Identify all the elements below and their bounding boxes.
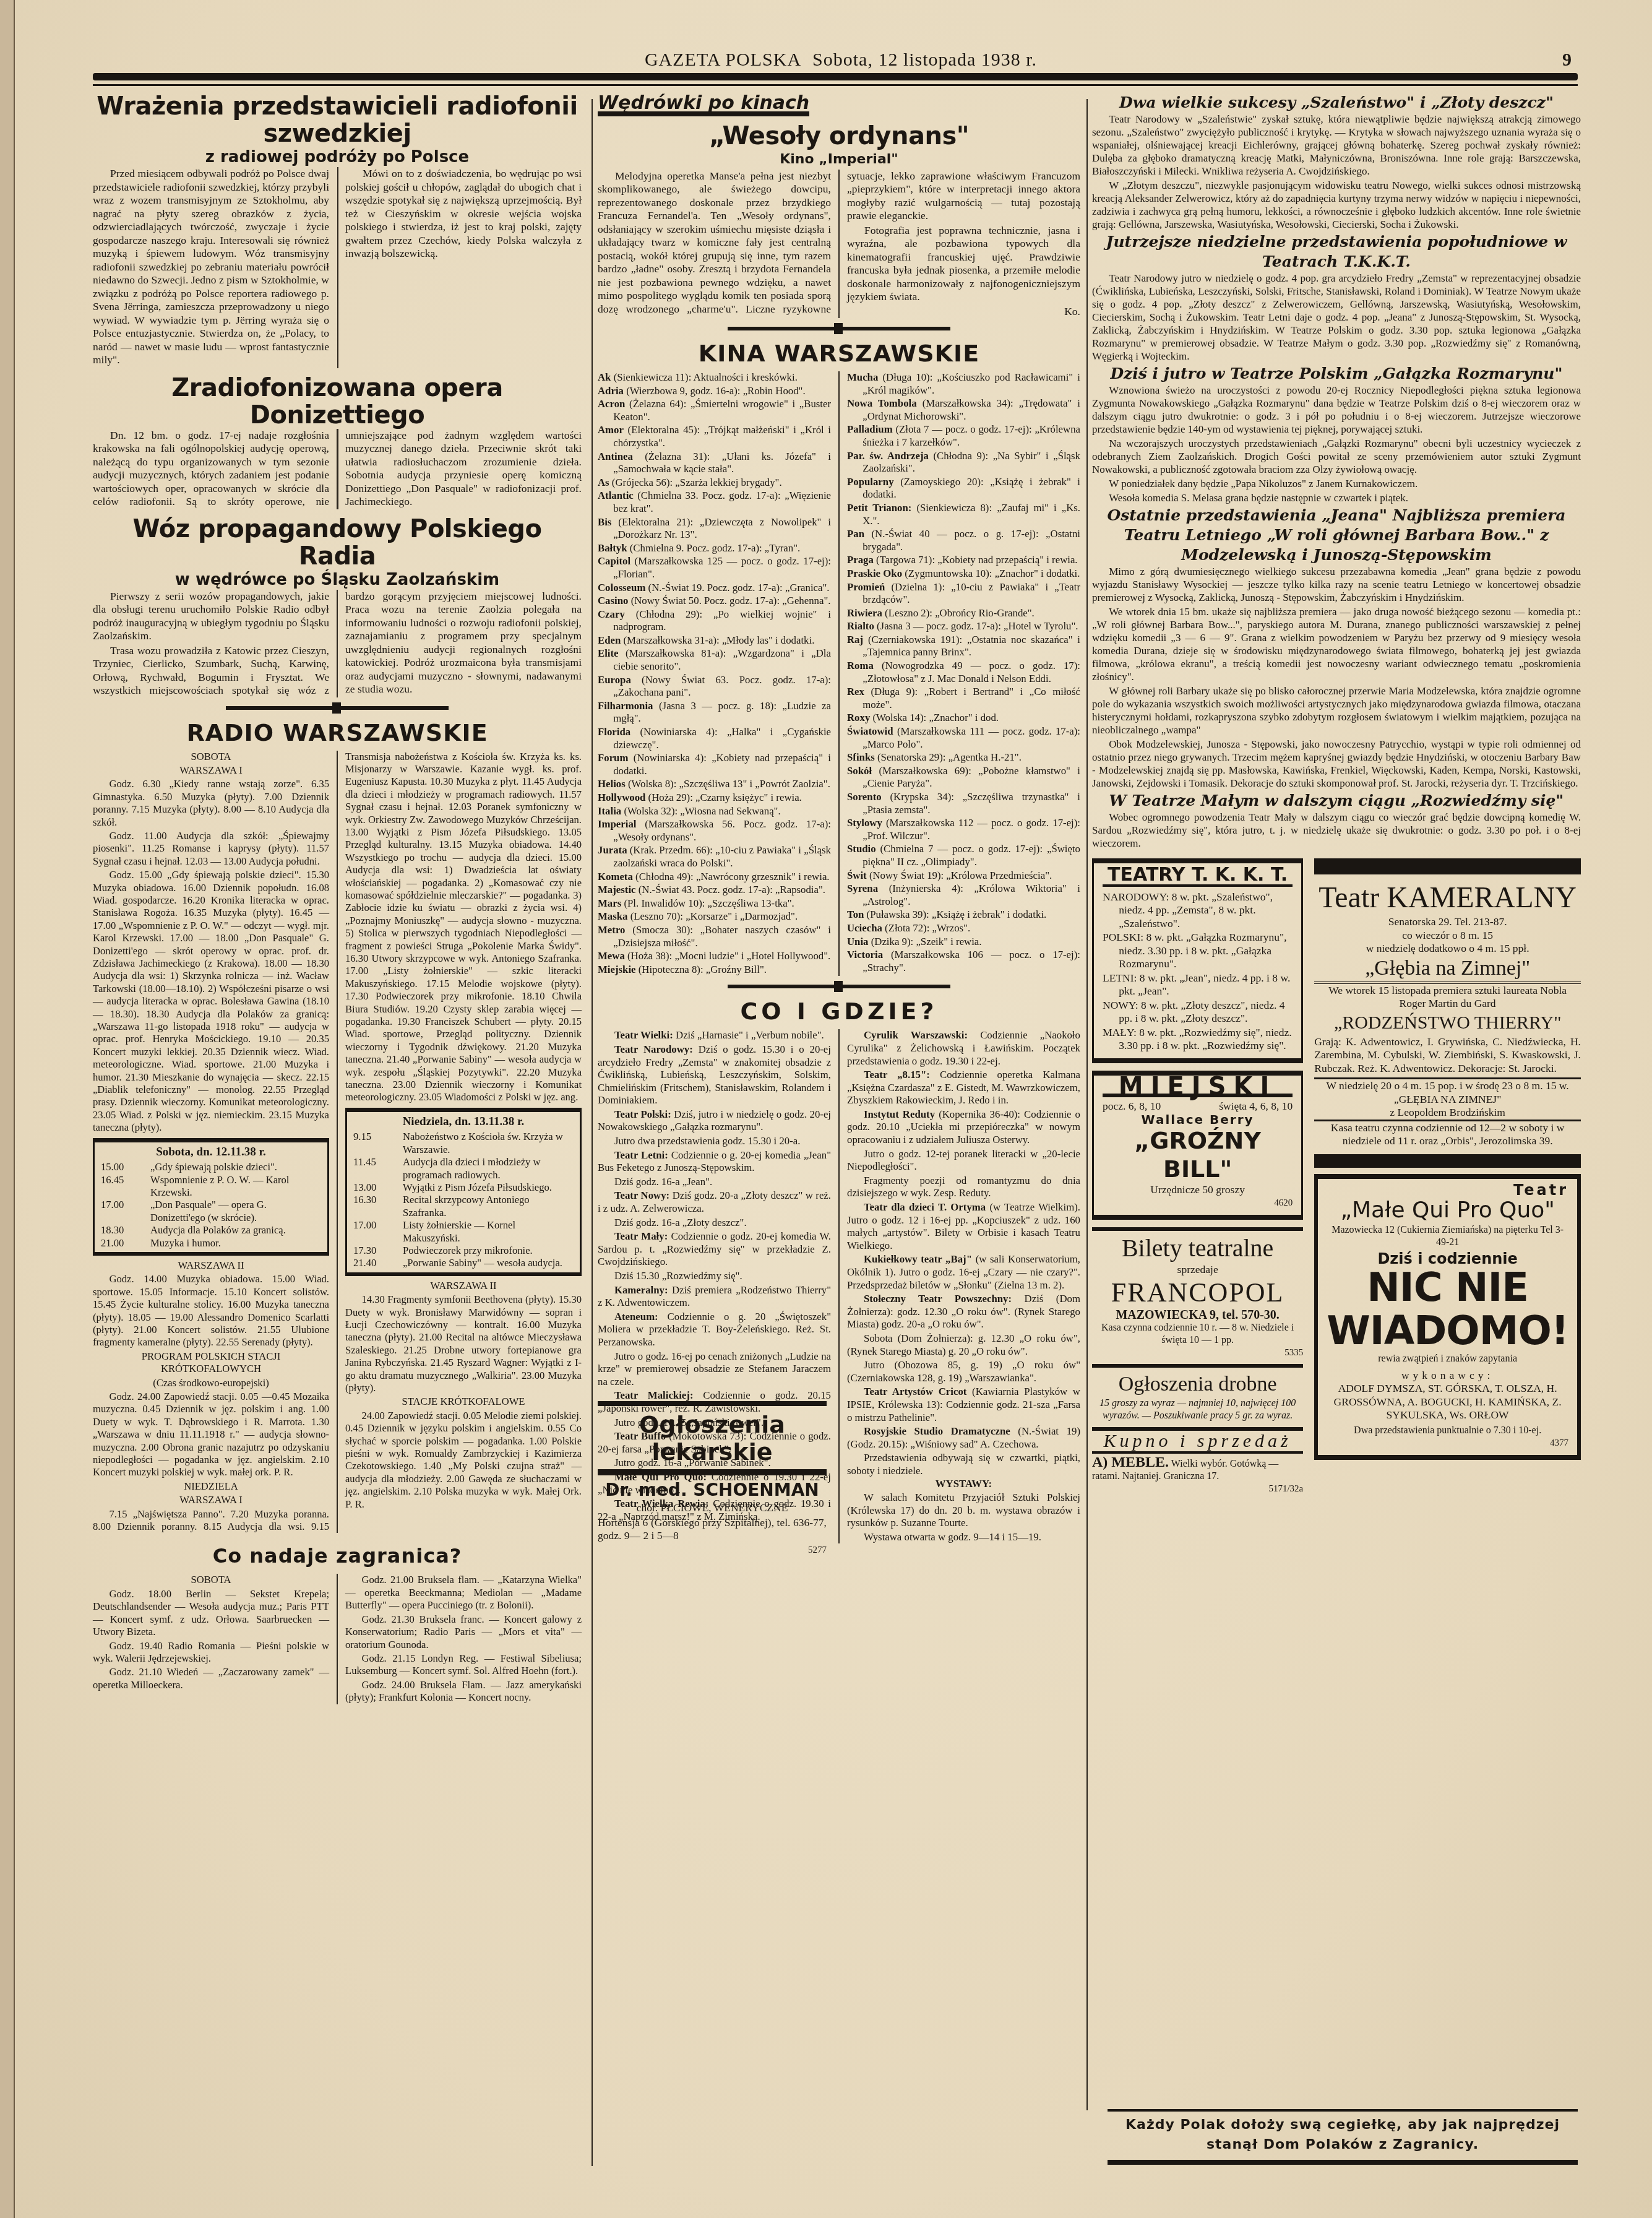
program-text: 24.00 Zapowiedź stacji. 0.05 Melodie zie… (345, 1410, 582, 1511)
issue-date: Sobota, 12 listopada 1938 r. (812, 50, 1037, 70)
program-time: 16.30 (353, 1194, 397, 1219)
paragraph: W poniedziałek dany będzie „Papa Nikoluz… (1092, 477, 1581, 490)
venue-name: Cyrulik Warszawski: (864, 1029, 968, 1041)
event-entry: Kameralny: Dziś premiera „Rodzeństwo Thi… (598, 1284, 831, 1310)
cinema-entry: Hollywood (Hoża 29): „Czarny księżyc" i … (598, 792, 831, 805)
masthead-title: GAZETA POLSKASobota, 12 listopada 1938 r… (93, 50, 1578, 71)
cinema-entry: Elite (Marszałkowska 81-a): „Wzgardzona"… (598, 647, 831, 673)
cinema-name: Bałtyk (598, 542, 627, 554)
article-title: Zradiofonizowana opera Donizettiego (93, 374, 582, 429)
event-entry: Dziś 15.30 „Rozwiedźmy się". (598, 1270, 831, 1283)
play-title: „RODZEŃSTWO THIERRY" (1314, 1011, 1581, 1035)
day-heading: NIEDZIELA (93, 1480, 329, 1493)
ornament-divider (728, 985, 950, 988)
show-tagline: rewia zwątpień i znaków zapytania (1327, 1353, 1568, 1365)
cinema-details: (Marszałkowska 125 — pocz. o godz. 17-ej… (613, 555, 831, 580)
cinema-name: Sfinks (847, 751, 875, 763)
cinema-details: (Marszałkowska 31-a): „Młody las" i doda… (624, 634, 815, 646)
program-text: Godz. 11.00 Audycja dla szkół: „Śpiewajm… (93, 830, 329, 868)
event-details: Fragmenty poezji od romantyzmu do dnia d… (847, 1175, 1080, 1199)
classified-lead: A) MEBLE. (1092, 1454, 1169, 1470)
cinema-name: Majestic (598, 884, 636, 895)
program-title: Listy żołnierskie — Kornel Makuszyński. (403, 1219, 574, 1245)
cinema-entry: Raj (Czerniakowska 191): „Ostatnia noc s… (847, 634, 1080, 659)
paragraph: Dn. 12 bm. o godz. 17-ej nadaje rozgłośn… (93, 429, 582, 509)
cinema-name: Uciecha (847, 922, 882, 934)
venue-name: Kameralny: (614, 1284, 668, 1296)
masthead-rule (93, 73, 1578, 80)
show-title: NIC NIE WIADOMO! (1327, 1266, 1568, 1353)
cinema-entry: Maska (Leszno 70): „Korsarze" i „Darmozj… (598, 910, 831, 923)
venue-name: Instytut Reduty (864, 1108, 935, 1120)
venue-name: Teatr Artystów Cricot (864, 1386, 967, 1397)
small-ads: Ogłoszenia drobne 15 groszy za wyraz — n… (1092, 1364, 1303, 1422)
radio-program: SOBOTA WARSZAWA I Godz. 6.30 „Kiedy rann… (93, 751, 582, 1534)
program-text: Godz. 6.30 „Kiedy ranne wstają zorze". 6… (93, 778, 329, 829)
cinema-name: Studio (847, 843, 876, 855)
event-details: Dziś godz. 16-a „Jean". (614, 1176, 712, 1188)
binding-edge (0, 0, 15, 2218)
news-heading: Dziś i jutro w Teatrze Polskim „Gałązka … (1092, 364, 1581, 384)
program-time: 17.30 (353, 1245, 397, 1257)
cinema-name: Colosseum (598, 582, 645, 593)
cinema-entry: Kometa (Chłodna 49): „Nawrócony grzeszni… (598, 871, 831, 884)
event-entry: Rosyjskie Studio Dramatyczne (N.-Świat 1… (847, 1425, 1080, 1451)
cinema-name: As (598, 477, 609, 488)
program-row: 15.00„Gdy śpiewają polskie dzieci". (101, 1161, 321, 1173)
station-heading: WARSZAWA I (93, 1494, 329, 1506)
cinema-details: (N.-Świat 40 — pocz. o g. 17-ej): „Ostat… (863, 528, 1080, 553)
article-body: Przed miesiącem odbywali podróż po Polsc… (93, 167, 582, 368)
cinema-details: (Złota 72): „Wrzos". (885, 922, 970, 934)
program-text: Godz. 21.00 Bruksela flam. — „Katarzyna … (345, 1574, 582, 1612)
cinema-entry: Antinea (Żelazna 31): „Ułani ks. Józefa"… (598, 451, 831, 476)
cinema-details: (Puławska 39): „Książę i żebrak" i dodat… (867, 908, 1047, 920)
footer-slogan: Każdy Polak dołoży swą cegiełkę, aby jak… (1108, 2109, 1578, 2165)
cinema-details: (Wolska 8): „Szczęśliwa 13" i „Powrót Za… (628, 778, 830, 790)
cinema-name: Italia (598, 805, 621, 817)
cinema-name: Palladium (847, 423, 893, 435)
program-time: 16.45 (101, 1174, 144, 1199)
cinema-name: Bis (598, 516, 611, 528)
program-title: Audycja dla dzieci i młodzieży w program… (403, 1156, 574, 1181)
event-details: Przedstawienia odbywają się w czwartki, … (847, 1452, 1080, 1477)
cinema-details: (Złota 7 — pocz. o godz. 17-ej): „Królew… (863, 423, 1080, 448)
program-row: 11.45Audycja dla dzieci i młodzieży w pr… (353, 1156, 574, 1181)
theatre-address: Mazowiecka 12 (Cukiernia Ziemiańska) na … (1327, 1224, 1568, 1249)
paragraph: Przed miesiącem odbywali podróż po Polsc… (93, 167, 329, 367)
cinema-name: Europa (598, 674, 631, 686)
tkkt-line: NARODOWY: 8 w. pkt. „Szaleństwo", niedz.… (1103, 891, 1293, 931)
cinema-name: Maska (598, 910, 627, 922)
show-frequency: Dziś i codziennie (1327, 1253, 1568, 1266)
paragraph: We wtorek dnia 15 bm. ukaże się najbliżs… (1092, 605, 1581, 683)
cinema-details: (Dzielna 1): „10-ciu z Pawiaka" i „Teatr… (863, 581, 1080, 606)
cinema-entry: Petit Trianon: (Sienkiewicza 8): „Zaufaj… (847, 502, 1080, 527)
cinema-entry: Acron (Żelazna 64): „Śmiertelni wrogowie… (598, 398, 831, 423)
cinema-entry: Mucha (Długa 10): „Kościuszko pod Racław… (847, 371, 1080, 397)
program-time: 11.45 (353, 1156, 397, 1181)
cinema-entry: Helios (Wolska 8): „Szczęśliwa 13" i „Po… (598, 778, 831, 791)
program-text: Godz. 24.00 Zapowiedź stacji. 0.05 —0.45… (93, 1391, 329, 1479)
ads-left: TEATRY T. K. K. T. NARODOWY: 8 w. pkt. „… (1092, 858, 1303, 1495)
event-details: Jutro (Obozowa 85, g. 19) „O roku ów" (C… (847, 1359, 1080, 1384)
cinema-name: Mewa (598, 950, 625, 962)
paragraph: W „Złotym deszczu", niezwykle pasjonując… (1092, 179, 1581, 231)
cinema-details: (Nowy Świat 19): „Królowa Przedmieścia". (869, 870, 1052, 881)
program-time: 9.15 (353, 1131, 397, 1156)
ticket-price: Urzędnicze 50 groszy (1103, 1183, 1293, 1197)
cinema-details: (N.-Świat 43. Pocz. godz. 17-a): „Rapsod… (639, 884, 825, 895)
tkkt-line: NOWY: 8 w. pkt. „Złoty deszcz", niedz. 4… (1103, 999, 1293, 1025)
venue-name: Teatr „8.15": (864, 1069, 930, 1081)
ad-ref-number: 5277 (598, 1544, 827, 1558)
event-entry: Teatr „8.15": Codziennie operetka Kalman… (847, 1069, 1080, 1107)
cinema-entry: Mewa (Hoża 38): „Mocni ludzie" i „Hotel … (598, 950, 831, 963)
cinema-name: Światowid (847, 725, 893, 737)
paragraph: Mimo z górą dwumiesięcznego wielkiego su… (1092, 565, 1581, 604)
buy-sell-heading: Kupno i sprzedaż (1092, 1427, 1303, 1454)
cinema-name: Promień (847, 581, 885, 593)
paragraph: Na wczorajszych uroczystych przedstawien… (1092, 437, 1581, 476)
program-text: Godz. 21.10 Wiedeń — „Zaczarowany zamek"… (93, 1666, 329, 1691)
cinema-entry: Mars (Pl. Inwalidów 10): „Szczęśliwa 13-… (598, 897, 831, 910)
event-entry: Teatr Nowy: Dziś godz. 20-a „Złoty deszc… (598, 1189, 831, 1215)
event-entry: Teatr Letni: Codziennie o g. 20-ej komed… (598, 1149, 831, 1175)
program-row: 16.30Recital skrzypcowy Antoniego Szafra… (353, 1194, 574, 1219)
program-text: Godz. 21.30 Bruksela franc. — Koncert ga… (345, 1613, 582, 1651)
paragraph: Pierwszy z serii wozów propagandowych, j… (93, 590, 329, 643)
cinema-details: (Krak. Przedm. 66): „10-ciu z Pawiaka" i… (613, 844, 831, 869)
ad-kicker: Teatr (1327, 1184, 1568, 1197)
event-entry: Fragmenty poezji od romantyzmu do dnia d… (847, 1175, 1080, 1200)
screening-times: pocz. 6, 8, 10 (1103, 1100, 1161, 1113)
cinema-entry: Florida (Nowiniarska 4): „Halka" i „Cyga… (598, 726, 831, 751)
cinema-entry: Sokół (Marszałkowska 69): „Pobożne kłams… (847, 765, 1080, 790)
cinema-details: (Chmielna 9. Pocz. godz. 17-a): „Tyran". (630, 542, 801, 554)
news-heading: Jutrzejsze niedzielne przedstawienia pop… (1092, 232, 1581, 272)
day-heading: SOBOTA (93, 1574, 329, 1586)
paragraph: Fotografia jest poprawna technicznie, ja… (847, 224, 1080, 304)
classified-heading: Kupno i sprzedaż (1092, 1435, 1303, 1448)
doctor-name: Dr. med. SCHOENMAN (598, 1479, 827, 1501)
cinema-details: (N.-Świat 19. Pocz. godz. 17-a): „Granic… (648, 582, 830, 593)
column-radio: Wrażenia przedstawicieli radiofonii szwe… (93, 93, 582, 1704)
cinema-details: (Nowiniarska 4): „Halka" i „Cygańskie dz… (613, 726, 831, 751)
section-title: Co nadaje zagranica? (93, 1542, 582, 1570)
cinema-entry: Bis (Elektoralna 21): „Dziewczęta z Nowo… (598, 516, 831, 542)
cinema-entry: Bałtyk (Chmielna 9. Pocz. godz. 17-a): „… (598, 542, 831, 555)
cinema-entry: Czary (Chłodna 29): „Po wielkiej wojnie"… (598, 608, 831, 634)
cinema-name: MIEJSKI (1103, 1081, 1293, 1098)
saturday-highlights-box: Sobota, dn. 12.11.38 r. 15.00„Gdy śpiewa… (93, 1138, 329, 1256)
venue-name: Teatr Wielki: (614, 1029, 673, 1041)
cinema-name: Hollywood (598, 792, 645, 803)
venue-name: Rosyjskie Studio Dramatyczne (864, 1425, 1010, 1437)
program-row: 9.15Nabożeństwo z Kościoła św. Krzyża w … (353, 1131, 574, 1156)
article-body: Dn. 12 bm. o godz. 17-ej nadaje rozgłośn… (93, 429, 582, 509)
extra-dates: W niedzielę 20 o 4 m. 15 pop. i w środę … (1314, 1079, 1581, 1093)
cinema-entry: Ton (Puławska 39): „Książę i żebrak" i d… (847, 908, 1080, 921)
ad-title: Ogłoszenia drobne (1092, 1371, 1303, 1397)
cinema-entry: Rex (Długa 9): „Robert i Bertrand" i „Co… (847, 686, 1080, 711)
event-entry: Teatr Narodowy: Dziś o godz. 15.30 i o 2… (598, 1043, 831, 1107)
opening-hours: Kasa czynna codziennie 10 r. — 8 w. Nied… (1092, 1322, 1303, 1347)
cinema-name: Popularny (847, 476, 894, 488)
play-title: „Głębia na Zimnej" (1314, 956, 1581, 984)
timezone-note: (Czas środkowo-europejski) (93, 1377, 329, 1389)
cinema-name: Imperial (598, 818, 636, 830)
cinema-details: (Chmielna 7 — pocz. o godz. 17-ej): „Świ… (863, 843, 1080, 868)
event-details: Dziś godz. 16-a „Złoty deszcz". (614, 1217, 747, 1228)
cinema-name: Stylowy (847, 817, 882, 829)
program-title: „Porwanie Sabiny" — wesoła audycja. (403, 1257, 574, 1269)
cinema-details: (Nowiniarska 4): „Kobiety nad przepaścią… (613, 752, 831, 777)
article-subtitle: z radiowej podróży po Polsce (93, 147, 582, 167)
article-title: Wrażenia przedstawicieli radiofonii szwe… (93, 93, 582, 147)
box-heading: Niedziela, dn. 13.11.38 r. (353, 1116, 574, 1128)
cinema-entry: Promień (Dzielna 1): „10-ciu z Pawiaka" … (847, 581, 1080, 606)
cinema-details: (Czerniakowska 191): „Ostatnia noc skaza… (863, 634, 1080, 658)
program-text: 14.30 Fragmenty symfonii Beethovena (pły… (345, 1293, 582, 1394)
cinema-name: Jurata (598, 844, 627, 856)
program-row: 17.30Podwieczorek przy mikrofonie. (353, 1245, 574, 1257)
event-entry: Teatr dla dzieci T. Ortyma (w Teatrze Wi… (847, 1201, 1080, 1252)
cinema-entry: Roxy (Wolska 14): „Znachor" i dod. (847, 712, 1080, 725)
cinema-name: Rialto (847, 620, 874, 632)
venue-name: Teatr Mały: (614, 1230, 668, 1242)
cinema-details: (Hoża 29): „Czarny księżyc" i rewia. (648, 792, 802, 803)
ad-ref-number: 5335 (1092, 1347, 1303, 1360)
venue-name: Teatr Narodowy: (614, 1043, 693, 1055)
venue-name: Teatr Letni: (614, 1149, 668, 1161)
cinema-entry: Sorento (Krypska 34): „Szczęśliwa trzyna… (847, 791, 1080, 816)
event-entry: Przedstawienia odbywają się w czwartki, … (847, 1452, 1080, 1477)
exhibition-text: W salach Komitetu Przyjaciół Sztuki Pols… (847, 1491, 1080, 1530)
cinema-details: (Długa 10): „Kościuszko pod Racławicami"… (863, 371, 1080, 396)
cinema-entry: Uciecha (Złota 72): „Wrzos". (847, 922, 1080, 935)
cinema-entry: As (Grójecka 56): „Szarża lekkiej brygad… (598, 477, 831, 490)
paragraph: Mówi on to z doświadczenia, bo wędrując … (345, 167, 582, 367)
cinema-name: Par. św. Andrzeja (847, 450, 929, 462)
cinema-details: (Senatorska 29): „Agentka H.-21". (877, 751, 1022, 763)
film-actor: Wallace Berry (1103, 1113, 1293, 1127)
event-entry: Jutro (Obozowa 85, g. 19) „O roku ów" (C… (847, 1359, 1080, 1384)
cinema-name: Capitol (598, 555, 630, 567)
day-heading: SOBOTA (93, 751, 329, 763)
cinema-details: (Elektoralna 45): „Trójkąt małżeński" i … (613, 424, 831, 449)
cinema-name: Antinea (598, 451, 633, 462)
cinema-name: Forum (598, 752, 628, 764)
cinema-details: (Leszno 70): „Korsarze" i „Darmozjad". (630, 910, 798, 922)
event-entry: Jutro o godz. 12-tej poranek literacki w… (847, 1148, 1080, 1173)
cinema-entry: Riwiera (Leszno 2): „Obrońcy Rio-Grande"… (847, 607, 1080, 620)
paragraph: Wznowiona świeżo na uroczystości z powod… (1092, 384, 1581, 436)
program-text: Godz. 18.00 Berlin — Sekstet Krepela; De… (93, 1588, 329, 1639)
program-time: 21.40 (353, 1257, 397, 1269)
tkkt-ad: TEATRY T. K. K. T. NARODOWY: 8 w. pkt. „… (1092, 858, 1303, 1063)
program-title: Podwieczorek przy mikrofonie. (403, 1245, 574, 1257)
cinema-details: (Zamoyskiego 20): „Książę i żebrak" i do… (863, 476, 1080, 501)
cinema-name: Nowa Tombola (847, 397, 917, 409)
section-title: RADIO WARSZAWSKIE (93, 718, 582, 747)
paragraph: Teatr Narodowy w „Szaleństwie" zyskał sz… (1092, 113, 1581, 178)
ad-title: Bilety teatralne (1092, 1233, 1303, 1263)
event-entry: Ateneum: Codziennie o g. 20 „Świętoszek"… (598, 1311, 831, 1349)
event-entry: Dziś godz. 16-a „Jean". (598, 1176, 831, 1189)
ad-title: TEATRY T. K. K. T. (1103, 868, 1293, 887)
theatre-name: Teatr KAMERALNY (1314, 881, 1581, 915)
news-heading: Ostatnie przedstawienia „Jeana" Najbliżs… (1092, 506, 1581, 565)
cinema-entry: Majestic (N.-Świat 43. Pocz. godz. 17-a)… (598, 884, 831, 897)
event-entry: Stołeczny Teatr Powszechny: Dziś (Dom Żo… (847, 1293, 1080, 1331)
cinema-name: Kometa (598, 871, 633, 882)
cinema-name: Mars (598, 897, 621, 909)
cinema-details: (Pl. Inwalidów 10): „Szczęśliwa 13-tka". (624, 897, 794, 909)
foreign-radio: SOBOTA Godz. 18.00 Berlin — Sekstet Krep… (93, 1574, 582, 1704)
show-times: Dwa przedstawienia punktualnie o 7.30 i … (1327, 1425, 1568, 1437)
event-entry: Sobota (Dom Żołnierza): g. 12.30 „O roku… (847, 1332, 1080, 1358)
ads-right: Teatr KAMERALNY Senatorska 29. Tel. 213-… (1314, 858, 1581, 1495)
cinema-details: (Smocza 30): „Bohater naszych czasów" i … (613, 924, 831, 949)
program-time: 17.00 (101, 1199, 144, 1224)
paragraph: W głównej roli Barbary ukaże się po blis… (1092, 684, 1581, 736)
kameralny-ad: Teatr KAMERALNY Senatorska 29. Tel. 213-… (1314, 858, 1581, 1148)
ad-verb: sprzedaje (1092, 1263, 1303, 1277)
page-number: 9 (1562, 50, 1572, 71)
event-entry: Dziś godz. 16-a „Złoty deszcz". (598, 1217, 831, 1230)
cinema-details: (Leszno 2): „Obrońcy Rio-Grande". (885, 607, 1035, 619)
cinema-entry: Imperial (Marszałkowska 56. Pocz. godz. … (598, 818, 831, 844)
performers-list: ADOLF DYMSZA, ST. GÓRSKA, T. OLSZA, H. G… (1327, 1382, 1568, 1422)
classified-item: A) MEBLE. Wielki wybór. Gotówką — ratami… (1092, 1456, 1303, 1495)
ornament-divider (728, 327, 950, 330)
cinema-details: (Inżynierska 4): „Królowa Wiktoria" i „A… (863, 882, 1080, 907)
cinema-name: Amor (598, 424, 624, 436)
cinema-details: (Marszałkowska 81-a): „Wzgardzona" i „Dl… (613, 647, 831, 672)
event-entry: Instytut Reduty (Kopernika 36-40): Codzi… (847, 1108, 1080, 1147)
program-title: Recital skrzypcowy Antoniego Szafranka. (403, 1194, 574, 1219)
cinema-details: (Wolska 14): „Znachor" i dod. (873, 712, 999, 723)
ad-ref-number: 4377 (1327, 1437, 1568, 1451)
sunday-time: w niedzielę dodatkowo o 4 m. 15 ppł. (1314, 942, 1581, 956)
paragraph: Wobec ogromnego powodzenia Teatr Mały w … (1092, 811, 1581, 850)
program-time: 21.00 (101, 1237, 144, 1249)
station-heading: STACJE KRÓTKOFALOWE (345, 1396, 582, 1408)
cinema-name: Riwiera (847, 607, 882, 619)
cinema-entry: Sfinks (Senatorska 29): „Agentka H.-21". (847, 751, 1080, 764)
cinema-entry: Popularny (Zamoyskiego 20): „Książę i że… (847, 476, 1080, 501)
event-entry: Kukiełkowy teatr „Baj" (w sali Konserwat… (847, 1253, 1080, 1292)
cinema-name: Ak (598, 371, 611, 383)
cinema-details: (Żelazna 64): „Śmiertelni wrogowie" i „B… (613, 398, 831, 423)
tkkt-line: POLSKI: 8 w. pkt. „Gałązka Rozmarynu", n… (1103, 931, 1293, 971)
cinema-entry: Studio (Chmielna 7 — pocz. o godz. 17-ej… (847, 843, 1080, 868)
advert-grid: TEATRY T. K. K. T. NARODOWY: 8 w. pkt. „… (1092, 858, 1581, 1495)
cinema-name: Sokół (847, 765, 872, 777)
cinema-name: Acron (598, 398, 625, 410)
ornament-divider (226, 706, 449, 710)
program-time: 17.00 (353, 1219, 397, 1245)
cinema-name: Victoria (847, 949, 883, 960)
black-bar (1314, 1154, 1581, 1168)
cinema-name: Florida (598, 726, 630, 738)
paragraph: Teatr Narodowy jutro w niedzielę o godz.… (1092, 272, 1581, 363)
cinema-entry: Praskie Oko (Zygmuntowska 10): „Znachor"… (847, 567, 1080, 580)
cinema-details: (Jasna 3 — pocz. godz. 17-a): „Hotel w T… (877, 620, 1078, 632)
program-title: Audycja dla Polaków za granicą. (150, 1224, 321, 1236)
cinema-entry: Palladium (Złota 7 — pocz. o godz. 17-ej… (847, 423, 1080, 449)
cinema-name: Adria (598, 385, 624, 397)
premiere-note: We wtorek 15 listopada premiera sztuki l… (1314, 984, 1581, 1011)
cinema-name: Sorento (847, 791, 882, 803)
cinema-entry: Metro (Smocza 30): „Bohater naszych czas… (598, 924, 831, 949)
francopol-ad: Bilety teatralne sprzedaje FRANCOPOL MAZ… (1092, 1227, 1303, 1360)
program-row: 17.00„Don Pasquale" — opera G. Donizetti… (101, 1199, 321, 1224)
cinema-details: (Elektoralna 21): „Dziewczęta z Nowolipe… (613, 516, 831, 541)
show-time: co wieczór o 8 m. 15 (1314, 929, 1581, 943)
theatre-name: „Małe Qui Pro Quo" (1327, 1197, 1568, 1224)
program-title: Nabożeństwo z Kościoła św. Krzyża w Wars… (403, 1131, 574, 1156)
cinema-name: Mucha (847, 371, 878, 383)
event-entry: Teatr Artystów Cricot (Kawiarnia Plastyk… (847, 1386, 1080, 1424)
cinema-name: Syrena (847, 882, 878, 894)
cinema-entry: Stylowy (Marszałkowska 112 — pocz. o god… (847, 817, 1080, 842)
event-entry: Teatr Polski: Dziś, jutro i w niedzielę … (598, 1108, 831, 1134)
program-text: Godz. 24.00 Bruksela Flam. — Jazz ameryk… (345, 1679, 582, 1704)
cinema-entry: Roma (Nowogrodzka 49 — pocz. o godz. 17)… (847, 660, 1080, 685)
event-entry: Cyrulik Warszawski: Codziennie „Naokoło … (847, 1029, 1080, 1068)
featured-actor: z Leopoldem Brodzińskim (1314, 1106, 1581, 1121)
column-theatre-news: Dwa wielkie sukcesy „Szaleństwo" i „Złot… (1092, 93, 1581, 1495)
cinema-details: (Chłodna 49): „Nawrócony grzesznik" i re… (635, 871, 829, 882)
venue-name: Kukiełkowy teatr „Baj" (864, 1253, 972, 1265)
station-heading: WARSZAWA I (93, 764, 329, 777)
review-subtitle: Kino „Imperial" (598, 150, 1080, 170)
cinema-entry: Światowid (Marszałkowska 111 — pocz. god… (847, 725, 1080, 751)
cinema-name: Praskie Oko (847, 567, 902, 579)
cinema-details: (Nowogrodzka 49 — pocz. o godz. 17): „Zł… (863, 660, 1080, 684)
ad-ref-number: 4620 (1103, 1197, 1293, 1210)
cinema-entry: Colosseum (N.-Świat 19. Pocz. godz. 17-a… (598, 582, 831, 595)
tkkt-line: MAŁY: 8 w. pkt. „Rozwiedźmy się", niedz.… (1103, 1026, 1293, 1053)
station-heading: PROGRAM POLSKICH STACJI KRÓTKOFALOWYCH (93, 1350, 329, 1376)
cinema-entry: Europa (Nowy Świat 63. Pocz. godz. 17-a)… (598, 674, 831, 699)
cinema-details: (Targowa 71): „Kobiety nad przepaścią" i… (876, 554, 1077, 566)
column-divider (1086, 99, 1088, 2110)
cinema-details: (Grójecka 56): „Szarża lekkiej brygady". (612, 477, 782, 488)
cinema-name: Roxy (847, 712, 870, 723)
event-details: Jutro o godz. 16-ej po cenach zniżonych … (598, 1350, 831, 1387)
event-entry: Jutro o godz. 16-ej po cenach zniżonych … (598, 1350, 831, 1389)
cinema-name: Świt (847, 870, 867, 881)
event-entry: Teatr Mały: Codziennie o godz. 20-ej kom… (598, 1230, 831, 1269)
program-title: „Don Pasquale" — opera G. Donizetti'ego … (150, 1199, 321, 1224)
cast-list: Grają: K. Adwentowicz, I. Grywińska, C. … (1314, 1035, 1581, 1080)
station-heading: WARSZAWA II (345, 1280, 582, 1292)
cinema-name: Metro (598, 924, 625, 936)
news-heading: W Teatrze Małym w dalszym ciągu „Rozwied… (1092, 791, 1581, 811)
cinema-entry: Italia (Wolska 32): „Wiosna nad Sekwaną"… (598, 805, 831, 818)
company-address: MAZOWIECKA 9, tel. 570-30. (1092, 1309, 1303, 1323)
review-body: Melodyjna operetka Manse'a pełna jest ni… (598, 170, 1080, 319)
cinema-details: (Marszałkowska 106 — pocz. o 17-ej): „St… (863, 949, 1080, 973)
cinema-name: Miejskie (598, 964, 636, 975)
station-heading: WARSZAWA II (93, 1259, 329, 1272)
sunday-highlights-box: Niedziela, dn. 13.11.38 r. 9.15Nabożeńst… (345, 1108, 582, 1276)
theatre-address: Senatorska 29. Tel. 213-87. (1314, 915, 1581, 929)
program-title: „Gdy śpiewają polskie dzieci". (150, 1161, 321, 1173)
